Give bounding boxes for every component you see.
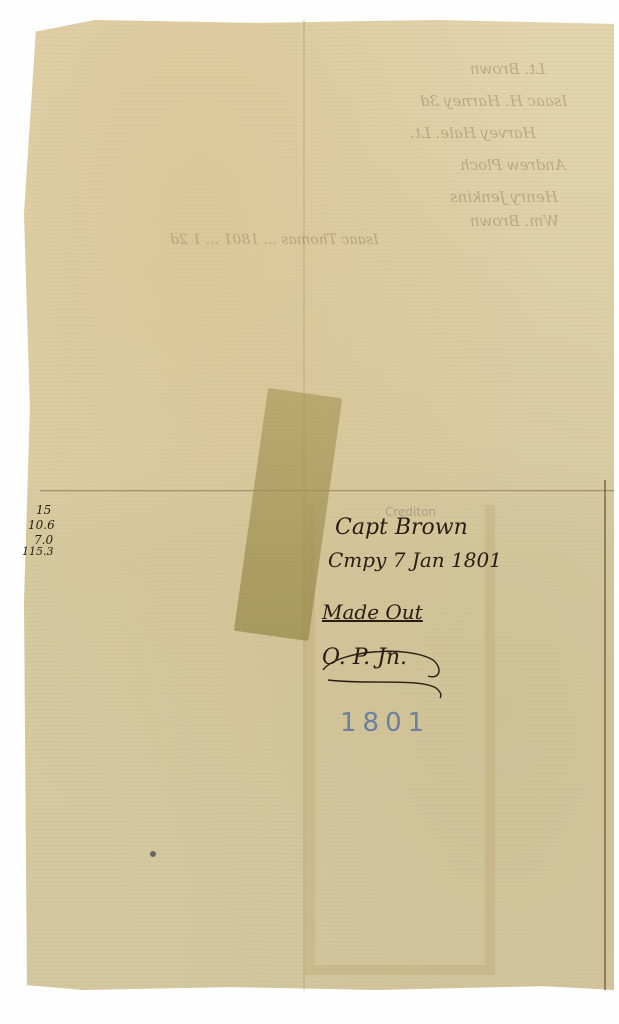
margin-tally-1: 15 [36, 503, 51, 517]
docket-panel-stain [305, 505, 495, 975]
signature-flourish-icon [318, 640, 448, 700]
bleedthrough-line: Lt. Brown [470, 60, 545, 78]
bleedthrough-line: Harvey Hale. Lt. [410, 124, 536, 142]
bleedthrough-line: Henry Jenkins [450, 188, 558, 206]
right-edge-strip [604, 480, 606, 990]
bleedthrough-line: Isaac Thomas ... 1801 ... 1 2d [170, 232, 379, 248]
docket-line-2: Cmpy 7 Jan 1801 [328, 548, 502, 572]
ink-spot [150, 851, 156, 857]
docket-note: Made Out [322, 600, 423, 624]
pencil-date: 1801 [340, 708, 430, 738]
bleedthrough-line: Wm. Brown [470, 212, 559, 230]
bleedthrough-line: Andrew Ploch [460, 156, 566, 174]
docket-line-1: Capt Brown [335, 515, 468, 540]
margin-tally-2: 10.6 [28, 518, 55, 532]
bleedthrough-line: Isaac H. Harney 3d [420, 92, 567, 110]
margin-tally-4: 115.3 [22, 545, 54, 558]
